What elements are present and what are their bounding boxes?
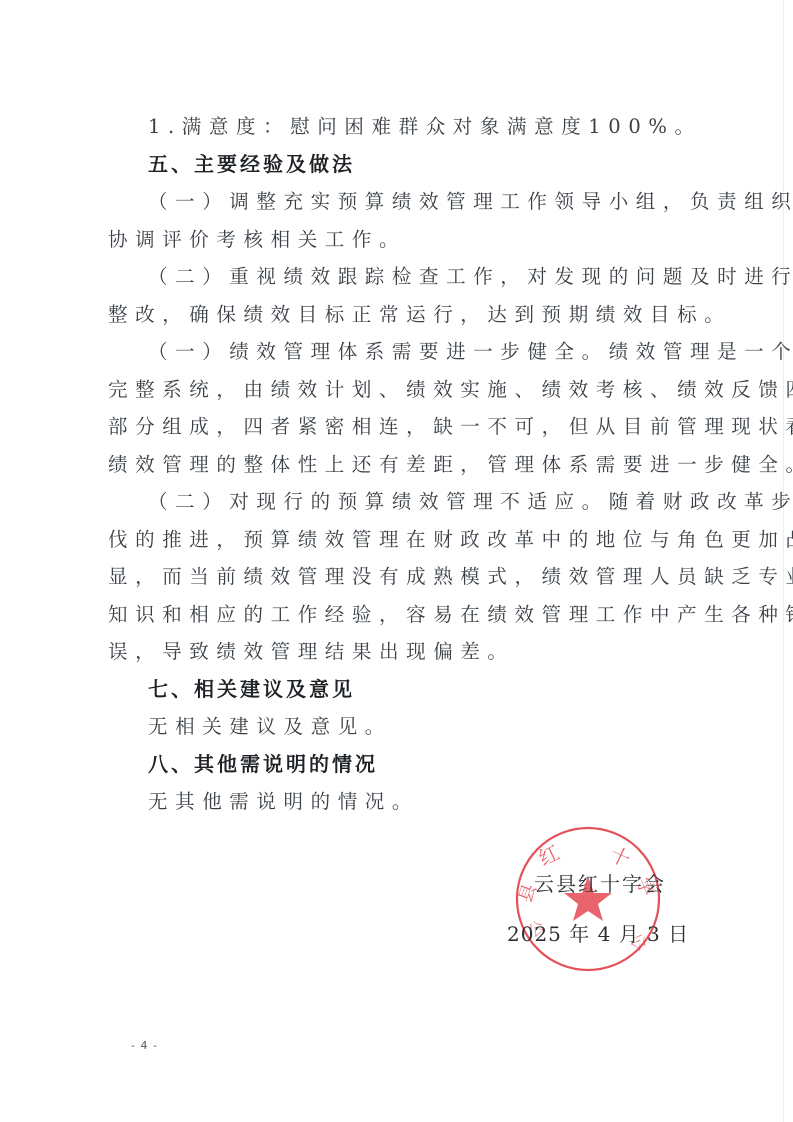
section-heading: 五、主要经验及做法 xyxy=(108,146,664,184)
page-edge xyxy=(783,0,784,1122)
svg-text:红: 红 xyxy=(535,840,563,870)
paragraph-line: （一）调整充实预算绩效管理工作领导小组，负责组织、 xyxy=(108,183,664,221)
page-number: - 4 - xyxy=(131,1039,158,1052)
paragraph-line: 部分组成，四者紧密相连，缺一不可，但从目前管理现状看， xyxy=(108,408,664,446)
paragraph-line: 无其他需说明的情况。 xyxy=(108,783,664,821)
paragraph-line: 1.满意度：慰问困难群众对象满意度100%。 xyxy=(108,108,664,146)
paragraph-line: 整改，确保绩效目标正常运行，达到预期绩效目标。 xyxy=(108,296,664,334)
section-heading: 八、其他需说明的情况 xyxy=(108,746,664,784)
paragraph-line: （二）重视绩效跟踪检查工作，对发现的问题及时进行 xyxy=(108,258,664,296)
paragraph-line: 无相关建议及意见。 xyxy=(108,708,664,746)
signature-organization: 云县红十字会 xyxy=(534,868,666,897)
paragraph-line: 误，导致绩效管理结果出现偏差。 xyxy=(108,633,664,671)
seal-star-icon: 红 十 县 字 公 公 xyxy=(513,824,663,974)
section-heading: 七、相关建议及意见 xyxy=(108,671,664,709)
paragraph-line: （一）绩效管理体系需要进一步健全。绩效管理是一个 xyxy=(108,333,664,371)
paragraph-line: 绩效管理的整体性上还有差距，管理体系需要进一步健全。 xyxy=(108,446,664,484)
paragraph-line: 协调评价考核相关工作。 xyxy=(108,221,664,259)
paragraph-line: 伐的推进，预算绩效管理在财政改革中的地位与角色更加凸 xyxy=(108,521,664,559)
official-seal: 红 十 县 字 公 公 xyxy=(513,824,663,974)
paragraph-line: （二）对现行的预算绩效管理不适应。随着财政改革步 xyxy=(108,483,664,521)
paragraph-line: 显，而当前绩效管理没有成熟模式，绩效管理人员缺乏专业 xyxy=(108,558,664,596)
signature-date: 2025 年 4 月 3 日 xyxy=(507,918,689,947)
paragraph-line: 完整系统，由绩效计划、绩效实施、绩效考核、绩效反馈四 xyxy=(108,371,664,409)
paragraph-line: 知识和相应的工作经验，容易在绩效管理工作中产生各种错 xyxy=(108,596,664,634)
document-body: 1.满意度：慰问困难群众对象满意度100%。五、主要经验及做法（一）调整充实预算… xyxy=(108,108,664,821)
